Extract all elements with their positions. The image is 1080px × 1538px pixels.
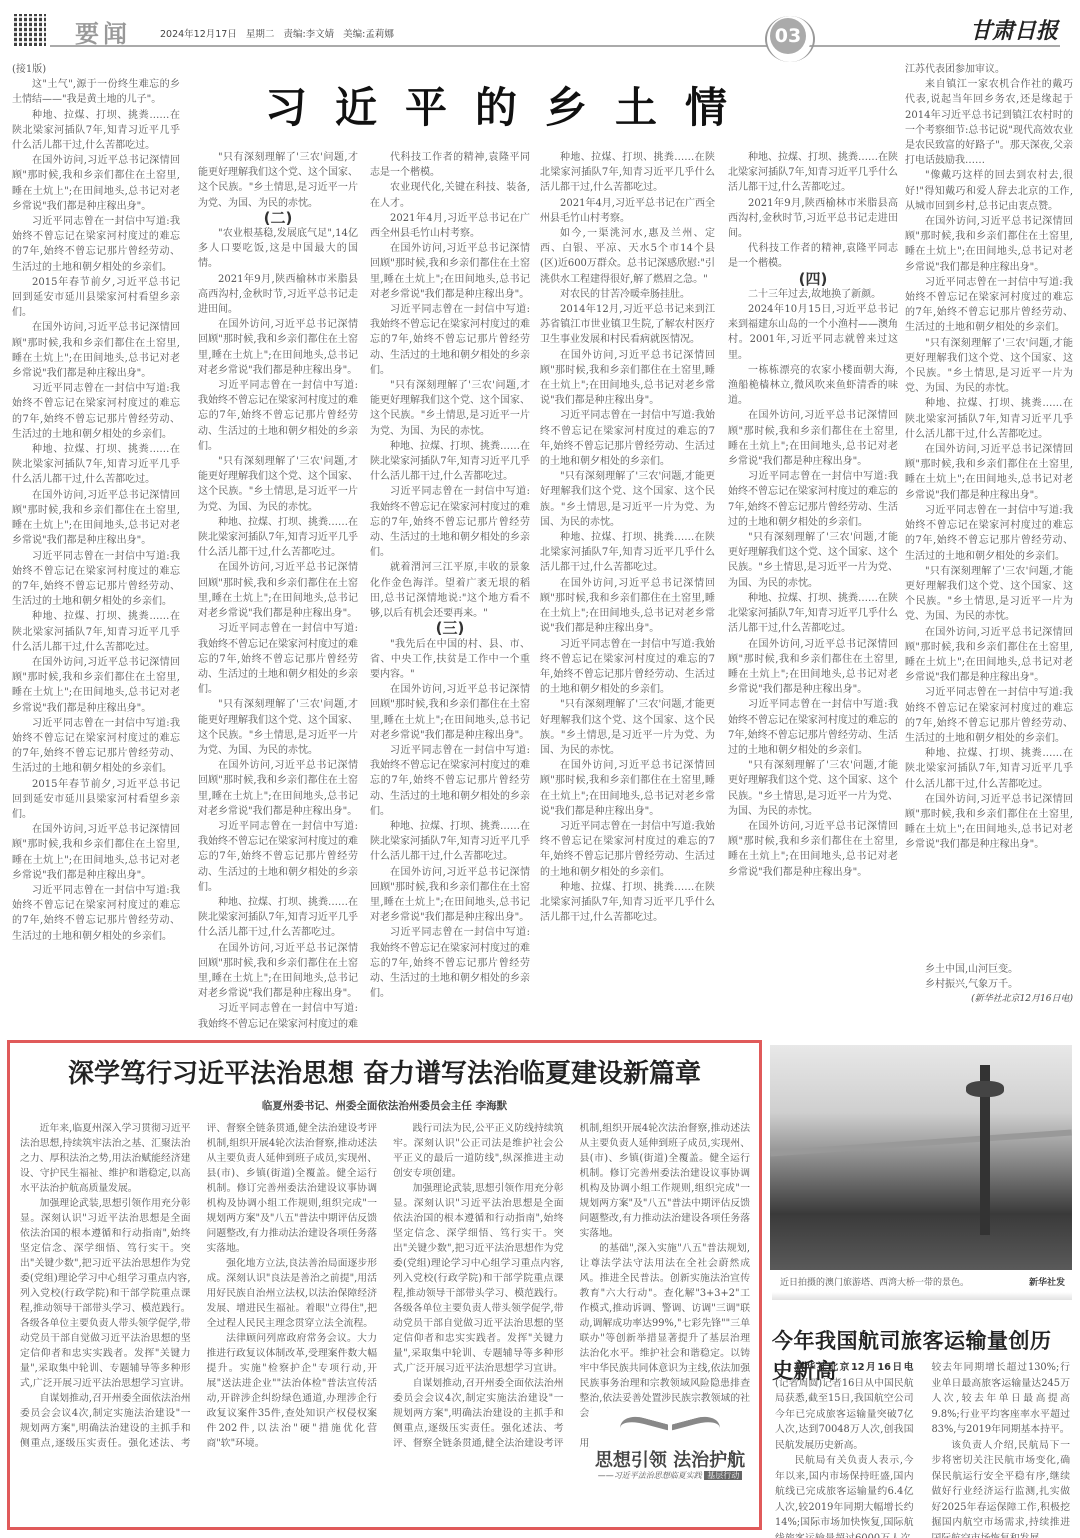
lead-ending: 乡土中国,山河巨变。 乡村振兴,气象万千。 (新华社北京12月16日电): [905, 962, 1073, 1008]
paragraph: 2024年10月15日,习近平总书记来到福建东山岛的一个小渔村——澳角村。200…: [728, 302, 898, 363]
paragraph: 种地、拉煤、打坝、挑粪……在陕北梁家河插队7年,知青习近平几乎什么活儿都干过,什…: [728, 591, 898, 637]
tower-shape: [980, 1065, 990, 1235]
paragraph: 种地、拉煤、打坝、挑粪……在陕北梁家河插队7年,知青习近平几乎什么活儿都干过,什…: [12, 442, 180, 488]
paragraph: "只有深刻理解了'三农'问题,才能更好理解我们这个党、这个国家、这个民族。"乡土…: [905, 336, 1073, 397]
paragraph: 习近平同志曾在一封信中写道:我始终不曾忘记在梁家河村度过的难忘的7年,始终不曾忘…: [905, 275, 1073, 336]
paragraph: 在国外访问,习近平总书记深情回顾"那时候,我和乡亲们都住在土窑里,睡在土炕上";…: [728, 819, 898, 880]
paragraph: 习近平同志曾在一封信中写道:我始终不曾忘记在梁家河村度过的难忘的7年,始终不曾忘…: [12, 214, 180, 275]
paragraph: "只有深刻理解了'三农'问题,才能更好理解我们这个党、这个国家、这个民族。"乡土…: [540, 697, 715, 758]
paragraph: "我先后在中国的村、县、市、省、中央工作,扶贫是工作中一个重要内容。": [370, 637, 530, 683]
section-heading-2: (二): [198, 211, 358, 226]
logo-sub-text: ——习近平法治思想临夏实践 基层行动: [590, 1470, 750, 1481]
paragraph: 在国外访问,习近平总书记深情回顾"那时候,我和乡亲们都住在土窑里,睡在土炕上";…: [540, 576, 715, 637]
feature-author: 临夏州委书记、州委全面依法治州委员会主任 李海默: [10, 1098, 759, 1113]
issue-date: 2024年12月17日: [160, 29, 237, 40]
paragraph: 在国外访问,习近平总书记深情回顾"那时候,我和乡亲们都住在土窑里,睡在土炕上";…: [12, 822, 180, 883]
paragraph: 一栋栋漂亮的农家小楼面朝大海,渔船桅樯林立,微风吹来鱼虾清香的味道。: [728, 363, 898, 409]
caption-divider: [772, 1292, 1072, 1300]
brief-body: 新华社北京12月16日电(记者周圆)记者16日从中国民航局获悉,截至15日,我国…: [775, 1360, 1070, 1538]
paragraph: 种地、拉煤、打坝、挑粪……在陕北梁家河插队7年,知青习近平几乎什么活儿都干过,什…: [370, 819, 530, 865]
photo-credit: 新华社发: [1029, 1275, 1065, 1288]
paragraph: "只有深刻理解了'三农'问题,才能更好理解我们这个党、这个国家、这个民族。"乡土…: [728, 530, 898, 591]
logo-tag: 基层行动: [704, 1471, 742, 1480]
paragraph: 在国外访问,习近平总书记深情回顾"那时候,我和乡亲们都住在土窑里,睡在土炕上";…: [12, 153, 180, 214]
paragraph: 2021年9月,陕西榆林市米脂县高西沟村,金秋时节,习近平总书记走进田间。: [198, 272, 358, 318]
paragraph: 近年来,临夏州深入学习贯彻习近平法治思想,持续筑牢法治之基、汇聚法治之力、厚积法…: [20, 1121, 191, 1196]
feature-title: 深学笃行习近平法治思想 奋力谱写法治临夏建设新篇章: [10, 1053, 759, 1090]
paragraph: 习近平同志曾在一封信中写道:我始终不曾忘记在梁家河村度过的难忘的7年,始终不曾忘…: [370, 484, 530, 560]
paragraph: 新华社北京12月16日电(记者周圆)记者16日从中国民航局获悉,截至15日,我国…: [775, 1360, 914, 1453]
paragraph: 习近平同志曾在一封信中写道:我始终不曾忘记在梁家河村度过的难忘的7年,始终不曾忘…: [370, 302, 530, 378]
paragraph: 2021年4月,习近平总书记在广西全州县毛竹山村考察。: [540, 196, 715, 226]
issue-meta: 2024年12月17日 星期二 责编:李文婧 美编:孟莉娜: [160, 26, 394, 40]
paragraph: 该负责人介绍,民航局下一步将密切关注民航市场变化,确保民航运行安全平稳有序,继续…: [932, 1438, 1071, 1538]
paragraph: 2021年9月,陕西榆林市米脂县高西沟村,金秋时节,习近平总书记走进田间。: [728, 196, 898, 242]
paragraph: 在国外访问,习近平总书记深情回顾"那时候,我和乡亲们都住在土窑里,睡在土炕上";…: [12, 655, 180, 716]
paragraph: 习近平同志曾在一封信中写道:我始终不曾忘记在梁家河村度过的难忘的7年,始终不曾忘…: [370, 743, 530, 819]
paragraph: "农业根基稳,发展底气足",14亿多人口要吃饭,这是中国最大的国情。: [198, 226, 358, 272]
news-photo: [770, 1045, 1072, 1270]
paragraph: 习近平同志曾在一封信中写道:我始终不曾忘记在梁家河村度过的难忘的7年,始终不曾忘…: [12, 549, 180, 610]
paragraph: 在国外访问,习近平总书记深情回顾"那时候,我和乡亲们都住在土窑里,睡在土炕上";…: [905, 792, 1073, 853]
paragraph: 种地、拉煤、打坝、挑粪……在陕北梁家河插队7年,知青习近平几乎什么活儿都干过,什…: [540, 530, 715, 576]
designer: 美编:孟莉娜: [343, 29, 394, 40]
paragraph: 在国外访问,习近平总书记深情回顾"那时候,我和乡亲们都住在土窑里,睡在土炕上";…: [905, 214, 1073, 275]
paragraph: 在国外访问,习近平总书记深情回顾"那时候,我和乡亲们都住在土窑里,睡在土炕上";…: [540, 758, 715, 819]
section-heading-3: (三): [370, 621, 530, 636]
paragraph: 强化地方立法,良法善治局面逐步形成。深刻认识"良法是善治之前提",用活用好民族自…: [207, 1256, 378, 1331]
paragraph: 在国外访问,习近平总书记深情回顾"那时候,我和乡亲们都住在土窑里,睡在土炕上";…: [540, 348, 715, 409]
paragraph: 法律顾问列席政府常务会议。大力推进行政复议体制改革,受理案件数大幅提升。实施"检…: [207, 1331, 378, 1451]
paragraph: 习近平同志曾在一封信中写道:我始终不曾忘记在梁家河村度过的难忘的7年,始终不曾忘…: [12, 381, 180, 442]
paragraph: 在国外访问,习近平总书记深情回顾"那时候,我和乡亲们都住在土窑里,睡在土炕上";…: [12, 488, 180, 549]
lead-column-3: 代科技工作者的精神,袁隆平同志是一个楷模。 农业现代化,关键在科技、装备,在人才…: [370, 150, 530, 1030]
paragraph: 种地、拉煤、打坝、挑粪……在陕北梁家河插队7年,知青习近平几乎什么活儿都干过,什…: [905, 396, 1073, 442]
section-heading-4: (四): [728, 272, 898, 287]
issue-weekday: 星期二: [246, 29, 275, 40]
paragraph: 习近平同志曾在一封信中写道:我始终不曾忘记在梁家河村度过的难忘的7年,始终不曾忘…: [198, 1001, 358, 1030]
paragraph: 在国外访问,习近平总书记深情回顾"那时候,我和乡亲们都住在土窑里,睡在土炕上";…: [198, 758, 358, 819]
continued-note: (接1版): [12, 62, 180, 77]
paragraph: 在国外访问,习近平总书记深情回顾"那时候,我和乡亲们都住在土窑里,睡在土炕上";…: [370, 865, 530, 926]
paragraph: 习近平同志曾在一封信中写道:我始终不曾忘记在梁家河村度过的难忘的7年,始终不曾忘…: [540, 637, 715, 698]
paragraph: 种地、拉煤、打坝、挑粪……在陕北梁家河插队7年,知青习近平几乎什么活儿都干过,什…: [198, 895, 358, 941]
paragraph: 习近平同志曾在一封信中写道:我始终不曾忘记在梁家河村度过的难忘的7年,始终不曾忘…: [370, 925, 530, 1001]
paragraph: 二十三年过去,故地换了新颜。: [728, 287, 898, 302]
paragraph: 加强理论武装,思想引领作用充分彰显。深刻认识"习近平法治思想是全面依法治国的根本…: [393, 1181, 564, 1376]
paragraph: 来自镇江一家农机合作社的戴巧代表,说起当年回乡务农,还是缘起于2014年习近平总…: [905, 77, 1073, 168]
paragraph: 种地、拉煤、打坝、挑粪……在陕北梁家河插队7年,知青习近平几乎什么活儿都干过,什…: [540, 150, 715, 196]
paragraph: 在国外访问,习近平总书记深情回顾"那时候,我和乡亲们都住在土窑里,睡在土炕上";…: [198, 560, 358, 621]
paragraph: 就着渭河三江平原,丰收的景象化作金色海洋。望着广袤无垠的稻田,总书记深情地说:"…: [370, 560, 530, 621]
lead-column-1: (接1版) 这"土气",源于一份终生难忘的乡土情结——"我是黄土地的儿子"。 种…: [12, 62, 180, 944]
paragraph: 对农民的甘苦冷暖牵肠挂肚。: [540, 287, 715, 302]
brief-dateline: 新华社北京12月16日电: [795, 1362, 914, 1373]
paragraph: 农业现代化,关键在科技、装备,在人才。: [370, 180, 530, 210]
newspaper-logo: 甘肃日报: [970, 14, 1058, 45]
paragraph: 如今,一渠洮河水,惠及兰州、定西、白银、平凉、天水5个市14个县(区)近600万…: [540, 226, 715, 287]
paragraph: 在国外访问,习近平总书记深情回顾"那时候,我和乡亲们都住在土窑里,睡在土炕上";…: [905, 625, 1073, 686]
paragraph: 加强理论武装,思想引领作用充分彰显。深刻认识"习近平法治思想是全面依法治国的根本…: [20, 1196, 191, 1391]
paragraph: 在国外访问,习近平总书记深情回顾"那时候,我和乡亲们都住在土窑里,睡在土炕上";…: [905, 442, 1073, 503]
paragraph: 2015年春节前夕,习近平总书记回到延安市延川县梁家河村看望乡亲们。: [12, 777, 180, 823]
paragraph: 种地、拉煤、打坝、挑粪……在陕北梁家河插队7年,知青习近平几乎什么活儿都干过,什…: [370, 439, 530, 485]
paragraph: 习近平同志曾在一封信中写道:我始终不曾忘记在梁家河村度过的难忘的7年,始终不曾忘…: [198, 378, 358, 454]
paragraph: 习近平同志曾在一封信中写道:我始终不曾忘记在梁家河村度过的难忘的7年,始终不曾忘…: [728, 469, 898, 530]
paragraph: 习近平同志曾在一封信中写道:我始终不曾忘记在梁家河村度过的难忘的7年,始终不曾忘…: [198, 819, 358, 895]
paragraph: 代科技工作者的精神,袁隆平同志是一个楷模。: [370, 150, 530, 180]
paragraph: "只有深刻理解了'三农'问题,才能更好理解我们这个党、这个国家、这个民族。"乡土…: [728, 758, 898, 819]
paragraph: 种地、拉煤、打坝、挑粪……在陕北梁家河插队7年,知青习近平几乎什么活儿都干过,什…: [12, 609, 180, 655]
page-number-badge: 03: [765, 16, 811, 60]
paragraph: 在国外访问,习近平总书记深情回顾"那时候,我和乡亲们都住在土窑里,睡在土炕上";…: [12, 320, 180, 381]
masthead-rule: [50, 45, 1060, 47]
paragraph: 这"土气",源于一份终生难忘的乡土情结——"我是黄土地的儿子"。: [12, 77, 180, 107]
lead-headline: 习近平的乡土情: [220, 75, 800, 135]
paragraph: 在国外访问,习近平总书记深情回顾"那时候,我和乡亲们都住在土窑里,睡在土炕上";…: [198, 941, 358, 1002]
paragraph: 江苏代表团参加审议。: [905, 62, 1073, 77]
page-number: 03: [770, 18, 806, 54]
qr-code-icon[interactable]: [14, 14, 46, 46]
editor: 责编:李文婧: [283, 29, 334, 40]
paragraph: 种地、拉煤、打坝、挑粪……在陕北梁家河插队7年,知青习近平几乎什么活儿都干过,什…: [12, 108, 180, 154]
paragraph: 乡村振兴,气象万千。: [905, 977, 1073, 992]
lead-column-2: "只有深刻理解了'三农'问题,才能更好理解我们这个党、这个国家、这个民族。"乡土…: [198, 150, 358, 1030]
paragraph: 习近平同志曾在一封信中写道:我始终不曾忘记在梁家河村度过的难忘的7年,始终不曾忘…: [905, 685, 1073, 746]
lead-dateline: (新华社北京12月16日电): [905, 992, 1073, 1007]
lead-column-6: 江苏代表团参加审议。 来自镇江一家农机合作社的戴巧代表,说起当年回乡务农,还是缘…: [905, 62, 1073, 1027]
paragraph: 乡土中国,山河巨变。: [905, 962, 1073, 977]
paragraph: 在国外访问,习近平总书记深情回顾"那时候,我和乡亲们都住在土窑里,睡在土炕上";…: [198, 317, 358, 378]
paragraph: "只有深刻理解了'三农'问题,才能更好理解我们这个党、这个国家、这个民族。"乡土…: [198, 697, 358, 758]
paragraph: "像戴巧这样的回去到农村去,很好!"得知戴巧和爱人辞去北京的工作,从城市回到乡村…: [905, 168, 1073, 214]
paragraph: 习近平同志曾在一封信中写道:我始终不曾忘记在梁家河村度过的难忘的7年,始终不曾忘…: [540, 819, 715, 880]
paragraph: 习近平同志曾在一封信中写道:我始终不曾忘记在梁家河村度过的难忘的7年,始终不曾忘…: [12, 716, 180, 777]
paragraph: 习近平同志曾在一封信中写道:我始终不曾忘记在梁家河村度过的难忘的7年,始终不曾忘…: [728, 697, 898, 758]
paragraph: 在国外访问,习近平总书记深情回顾"那时候,我和乡亲们都住在土窑里,睡在土炕上";…: [370, 241, 530, 302]
paragraph: 种地、拉煤、打坝、挑粪……在陕北梁家河插队7年,知青习近平几乎什么活儿都干过,什…: [198, 515, 358, 561]
paragraph: 2015年春节前夕,习近平总书记回到延安市延川县梁家河村看望乡亲们。: [12, 275, 180, 321]
paragraph: 种地、拉煤、打坝、挑粪……在陕北梁家河插队7年,知青习近平几乎什么活儿都干过,什…: [540, 880, 715, 926]
paragraph: 习近平同志曾在一封信中写道:我始终不曾忘记在梁家河村度过的难忘的7年,始终不曾忘…: [12, 883, 180, 944]
feature-article-frame: 深学笃行习近平法治思想 奋力谱写法治临夏建设新篇章 临夏州委书记、州委全面依法治…: [7, 1040, 762, 1530]
paragraph: "只有深刻理解了'三农'问题,才能更好理解我们这个党、这个国家、这个民族。"乡土…: [198, 150, 358, 211]
paragraph: 在国外访问,习近平总书记深情回顾"那时候,我和乡亲们都住在土窑里,睡在土炕上";…: [728, 637, 898, 698]
paragraph: 种地、拉煤、打坝、挑粪……在陕北梁家河插队7年,知青习近平几乎什么活儿都干过,什…: [905, 746, 1073, 792]
paragraph: 在国外访问,习近平总书记深情回顾"那时候,我和乡亲们都住在土窑里,睡在土炕上";…: [728, 408, 898, 469]
paragraph: 2021年4月,习近平总书记在广西全州县毛竹山村考察。: [370, 211, 530, 241]
page-masthead: 要闻 2024年12月17日 星期二 责编:李文婧 美编:孟莉娜 03 甘肃日报: [0, 0, 1080, 50]
paragraph: "只有深刻理解了'三农'问题,才能更好理解我们这个党、这个国家、这个民族。"乡土…: [540, 469, 715, 530]
paragraph: 习近平同志曾在一封信中写道:我始终不曾忘记在梁家河村度过的难忘的7年,始终不曾忘…: [905, 503, 1073, 564]
paragraph: 的基础",深入实施"八五"普法规划,让尊法学法守法用法在全社会蔚然成风。推进全民…: [580, 1241, 751, 1421]
open-book-icon: [620, 1408, 720, 1448]
lead-column-4: 种地、拉煤、打坝、挑粪……在陕北梁家河插队7年,知青习近平几乎什么活儿都干过,什…: [540, 150, 715, 1030]
section-name: 要闻: [75, 14, 131, 49]
paragraph: 在国外访问,习近平总书记深情回顾"那时候,我和乡亲们都住在土窑里,睡在土炕上";…: [370, 682, 530, 743]
photo-caption: 近日拍摄的澳门旅游塔、西湾大桥一带的景色。 新华社发: [780, 1275, 1070, 1288]
paragraph: 种地、拉煤、打坝、挑粪……在陕北梁家河插队7年,知青习近平几乎什么活儿都干过,什…: [728, 150, 898, 196]
paragraph: 代科技工作者的精神,袁隆平同志是一个楷模。: [728, 241, 898, 271]
campaign-logo: 思想引领 法治护航 ——习近平法治思想临夏实践 基层行动: [590, 1408, 750, 1518]
paragraph: 习近平同志曾在一封信中写道:我始终不曾忘记在梁家河村度过的难忘的7年,始终不曾忘…: [198, 621, 358, 697]
paragraph: "只有深刻理解了'三农'问题,才能更好理解我们这个党、这个国家、这个民族。"乡土…: [905, 564, 1073, 625]
logo-main-text: 思想引领 法治护航: [590, 1446, 750, 1472]
paragraph: 2014年12月,习近平总书记来到江苏省镇江市世业镇卫生院,了解农村医疗卫生事业…: [540, 302, 715, 348]
paragraph: "只有深刻理解了'三农'问题,才能更好理解我们这个党、这个国家、这个民族。"乡土…: [370, 378, 530, 439]
lead-column-5: 种地、拉煤、打坝、挑粪……在陕北梁家河插队7年,知青习近平几乎什么活儿都干过,什…: [728, 150, 898, 1030]
bridge-shape: [770, 1129, 1072, 1156]
paragraph: 践行司法为民,公平正义防线持续筑牢。深刻认识"公正司法是维护社会公平正义的最后一…: [393, 1121, 564, 1181]
reporter: (记者周圆): [775, 1378, 822, 1389]
paragraph: "只有深刻理解了'三农'问题,才能更好理解我们这个党、这个国家、这个民族。"乡土…: [198, 454, 358, 515]
caption-text: 近日拍摄的澳门旅游塔、西湾大桥一带的景色。: [780, 1278, 969, 1288]
paragraph: 习近平同志曾在一封信中写道:我始终不曾忘记在梁家河村度过的难忘的7年,始终不曾忘…: [540, 408, 715, 469]
